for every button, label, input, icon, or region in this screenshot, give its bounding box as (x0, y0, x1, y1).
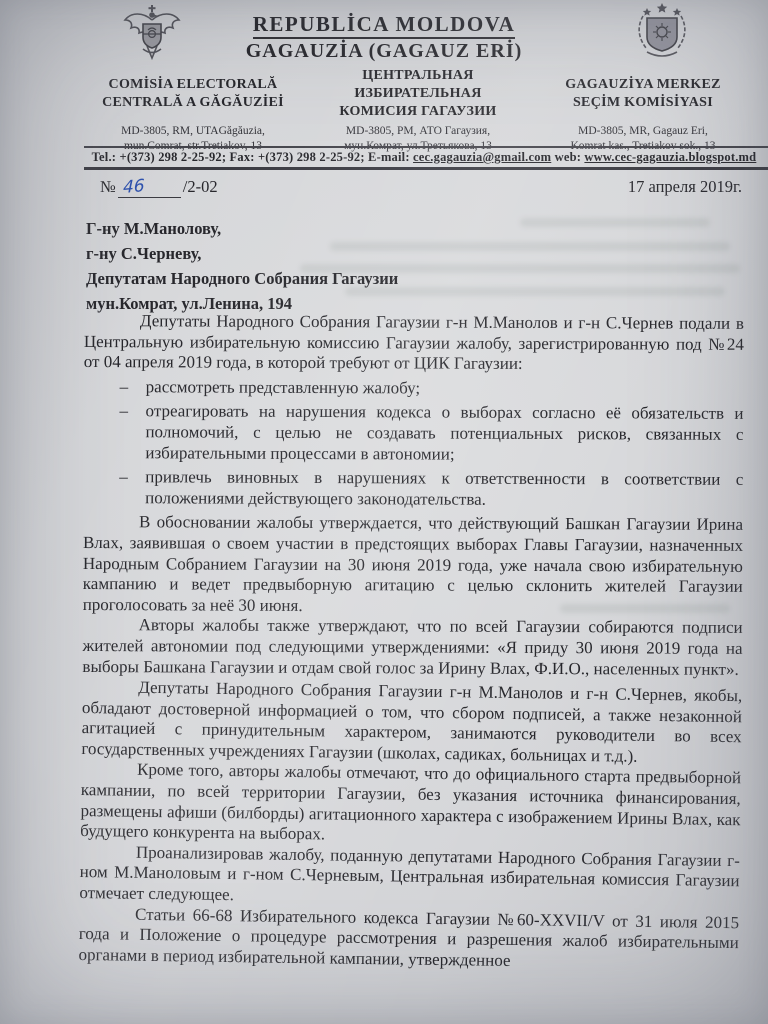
org-block-romanian: COMİSİA ELECTORALĂ CENTRALĂ A GĂGĂUZİEİ … (78, 66, 308, 154)
reference-row: №46/2-02 17 апреля 2019г. (100, 177, 742, 198)
paragraph-signatures: Авторы жалобы также утверждают, что по в… (82, 615, 742, 680)
recipient-block: Г-ну М.Манолову, г-ну С.Черневу, Депутат… (86, 216, 398, 316)
number-suffix: /2-02 (183, 177, 218, 196)
recipient-line: Депутатам Народного Собрания Гагаузии (86, 266, 398, 291)
paragraph-intro: Депутаты Народного Собрания Гагаузии г-н… (84, 311, 744, 376)
recipient-line: г-ну С.Черневу, (86, 241, 398, 266)
org-name: COMİSİA ELECTORALĂ CENTRALĂ A GĂGĂUZİEİ (78, 66, 308, 122)
paragraph-justification: В обосновании жалобы утверждается, что д… (83, 512, 743, 618)
letterhead-columns: COMİSİA ELECTORALĂ CENTRALĂ A GĂGĂUZİEİ … (78, 66, 758, 154)
bleed-through-artifact (520, 218, 710, 227)
recipient-line: Г-ну М.Манолову, (86, 216, 398, 241)
letter-date: 17 апреля 2019г. (628, 177, 742, 198)
org-name: ЦЕНТРАЛЬНАЯ ИЗБИРАТЕЛЬНАЯ КОМИСИЯ ГАГАУЗ… (308, 66, 528, 122)
number-sign: № (100, 177, 116, 196)
demand-list-item: рассмотреть представленную жалобу; (120, 377, 744, 400)
web-label: web: (551, 150, 584, 164)
website-text: www.cec-gagauzia.blogspot.md (584, 150, 756, 164)
handwritten-number-line: 46 (118, 177, 181, 198)
paragraph-information: Депутаты Народного Собрания Гагаузии г-н… (81, 677, 742, 769)
letter-body-lower: Депутаты Народного Собрания Гагаузии г-н… (78, 677, 742, 974)
letter-body: Депутаты Народного Собрания Гагаузии г-н… (81, 311, 744, 968)
contact-tel-fax: Tel.: +(373) 298 2-25-92; Fax: +(373) 29… (92, 150, 413, 164)
country-title: REPUBLİCA MOLDOVA (0, 12, 768, 37)
email-text: cec.gagauzia@gmail.com (413, 150, 551, 164)
org-block-russian: ЦЕНТРАЛЬНАЯ ИЗБИРАТЕЛЬНАЯ КОМИСИЯ ГАГАУЗ… (308, 66, 528, 154)
outgoing-number: №46/2-02 (100, 177, 218, 198)
bleed-through-artifact (345, 287, 725, 296)
paragraph-analysis: Проанализировав жалобу, поданную депутат… (79, 842, 740, 913)
org-block-gagauz: GAGAUZİYA MERKEZ SEÇİM KOMİSİYASI MD-380… (528, 66, 758, 154)
paragraph-legal-basis: Статьи 66-68 Избирательного кодекса Гага… (78, 904, 739, 975)
handwritten-number: 46 (123, 176, 145, 198)
contact-line: Tel.: +(373) 298 2-25-92; Fax: +(373) 29… (84, 146, 768, 170)
region-title: GAGAUZİA (GAGAUZ ERİ) (0, 40, 768, 63)
org-name: GAGAUZİYA MERKEZ SEÇİM KOMİSİYASI (528, 66, 758, 122)
paragraph-billboards: Кроме того, авторы жалобы отмечают, что … (80, 759, 741, 851)
scanned-letter-page: REPUBLİCA MOLDOVA GAGAUZİA (GAGAUZ ERİ) … (0, 0, 768, 1024)
demand-list-item: привлечь виновных в нарушениях к ответст… (119, 467, 743, 511)
demand-list-item: отреагировать на нарушения кодекса о выб… (119, 402, 743, 467)
